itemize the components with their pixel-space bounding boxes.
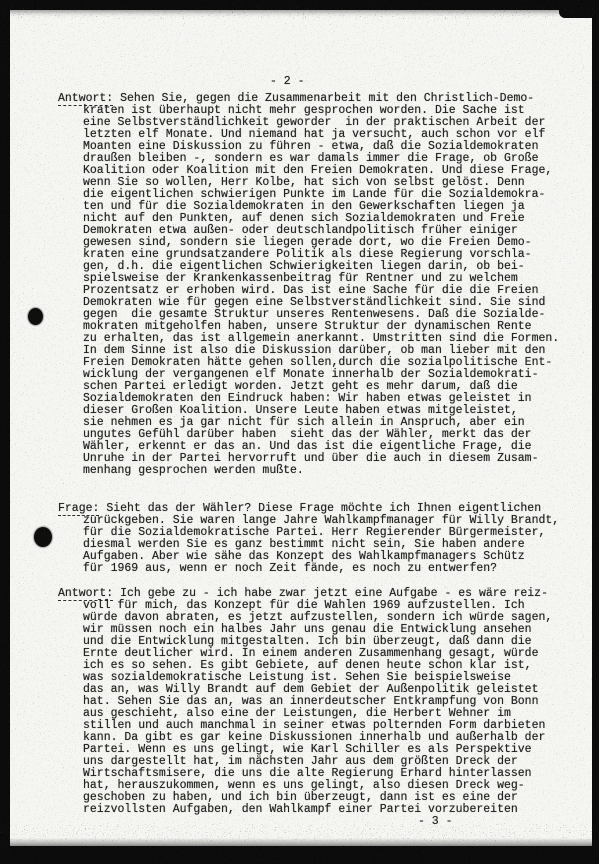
scanned-typewriter-page: - 2 - Antwort: Sehen Sie, gegen die Zusa… (0, 0, 599, 864)
qa-block: Antwort: Sehen Sie, gegen die Zusammenar… (0, 93, 599, 477)
scan-noise-band-top (0, 10, 599, 17)
scan-border-left (0, 0, 10, 864)
scan-border-top (0, 0, 599, 10)
typed-text: Antwort: Sehen Sie, gegen die Zusammenar… (0, 93, 599, 829)
page-number-footer: - 3 - (418, 816, 453, 828)
scan-border-right (592, 0, 599, 864)
punch-hole-mark (34, 527, 52, 547)
qa-block: Antwort: Ich gebe zu - ich habe zwar jet… (0, 588, 599, 816)
scan-border-bottom (0, 846, 599, 864)
text-line: reizvollsten Aufgaben, den Wahlkampf ein… (0, 804, 599, 816)
punch-hole-mark (28, 308, 43, 325)
text-line: menhang gesprochen werden mußte. (0, 465, 599, 477)
qa-block: Frage: Sieht das der Wähler? Diese Frage… (0, 503, 599, 575)
text-line: für 1969 aus, wenn er noch Zeit fände, e… (0, 563, 599, 575)
page-number-header: - 2 - (270, 76, 305, 88)
